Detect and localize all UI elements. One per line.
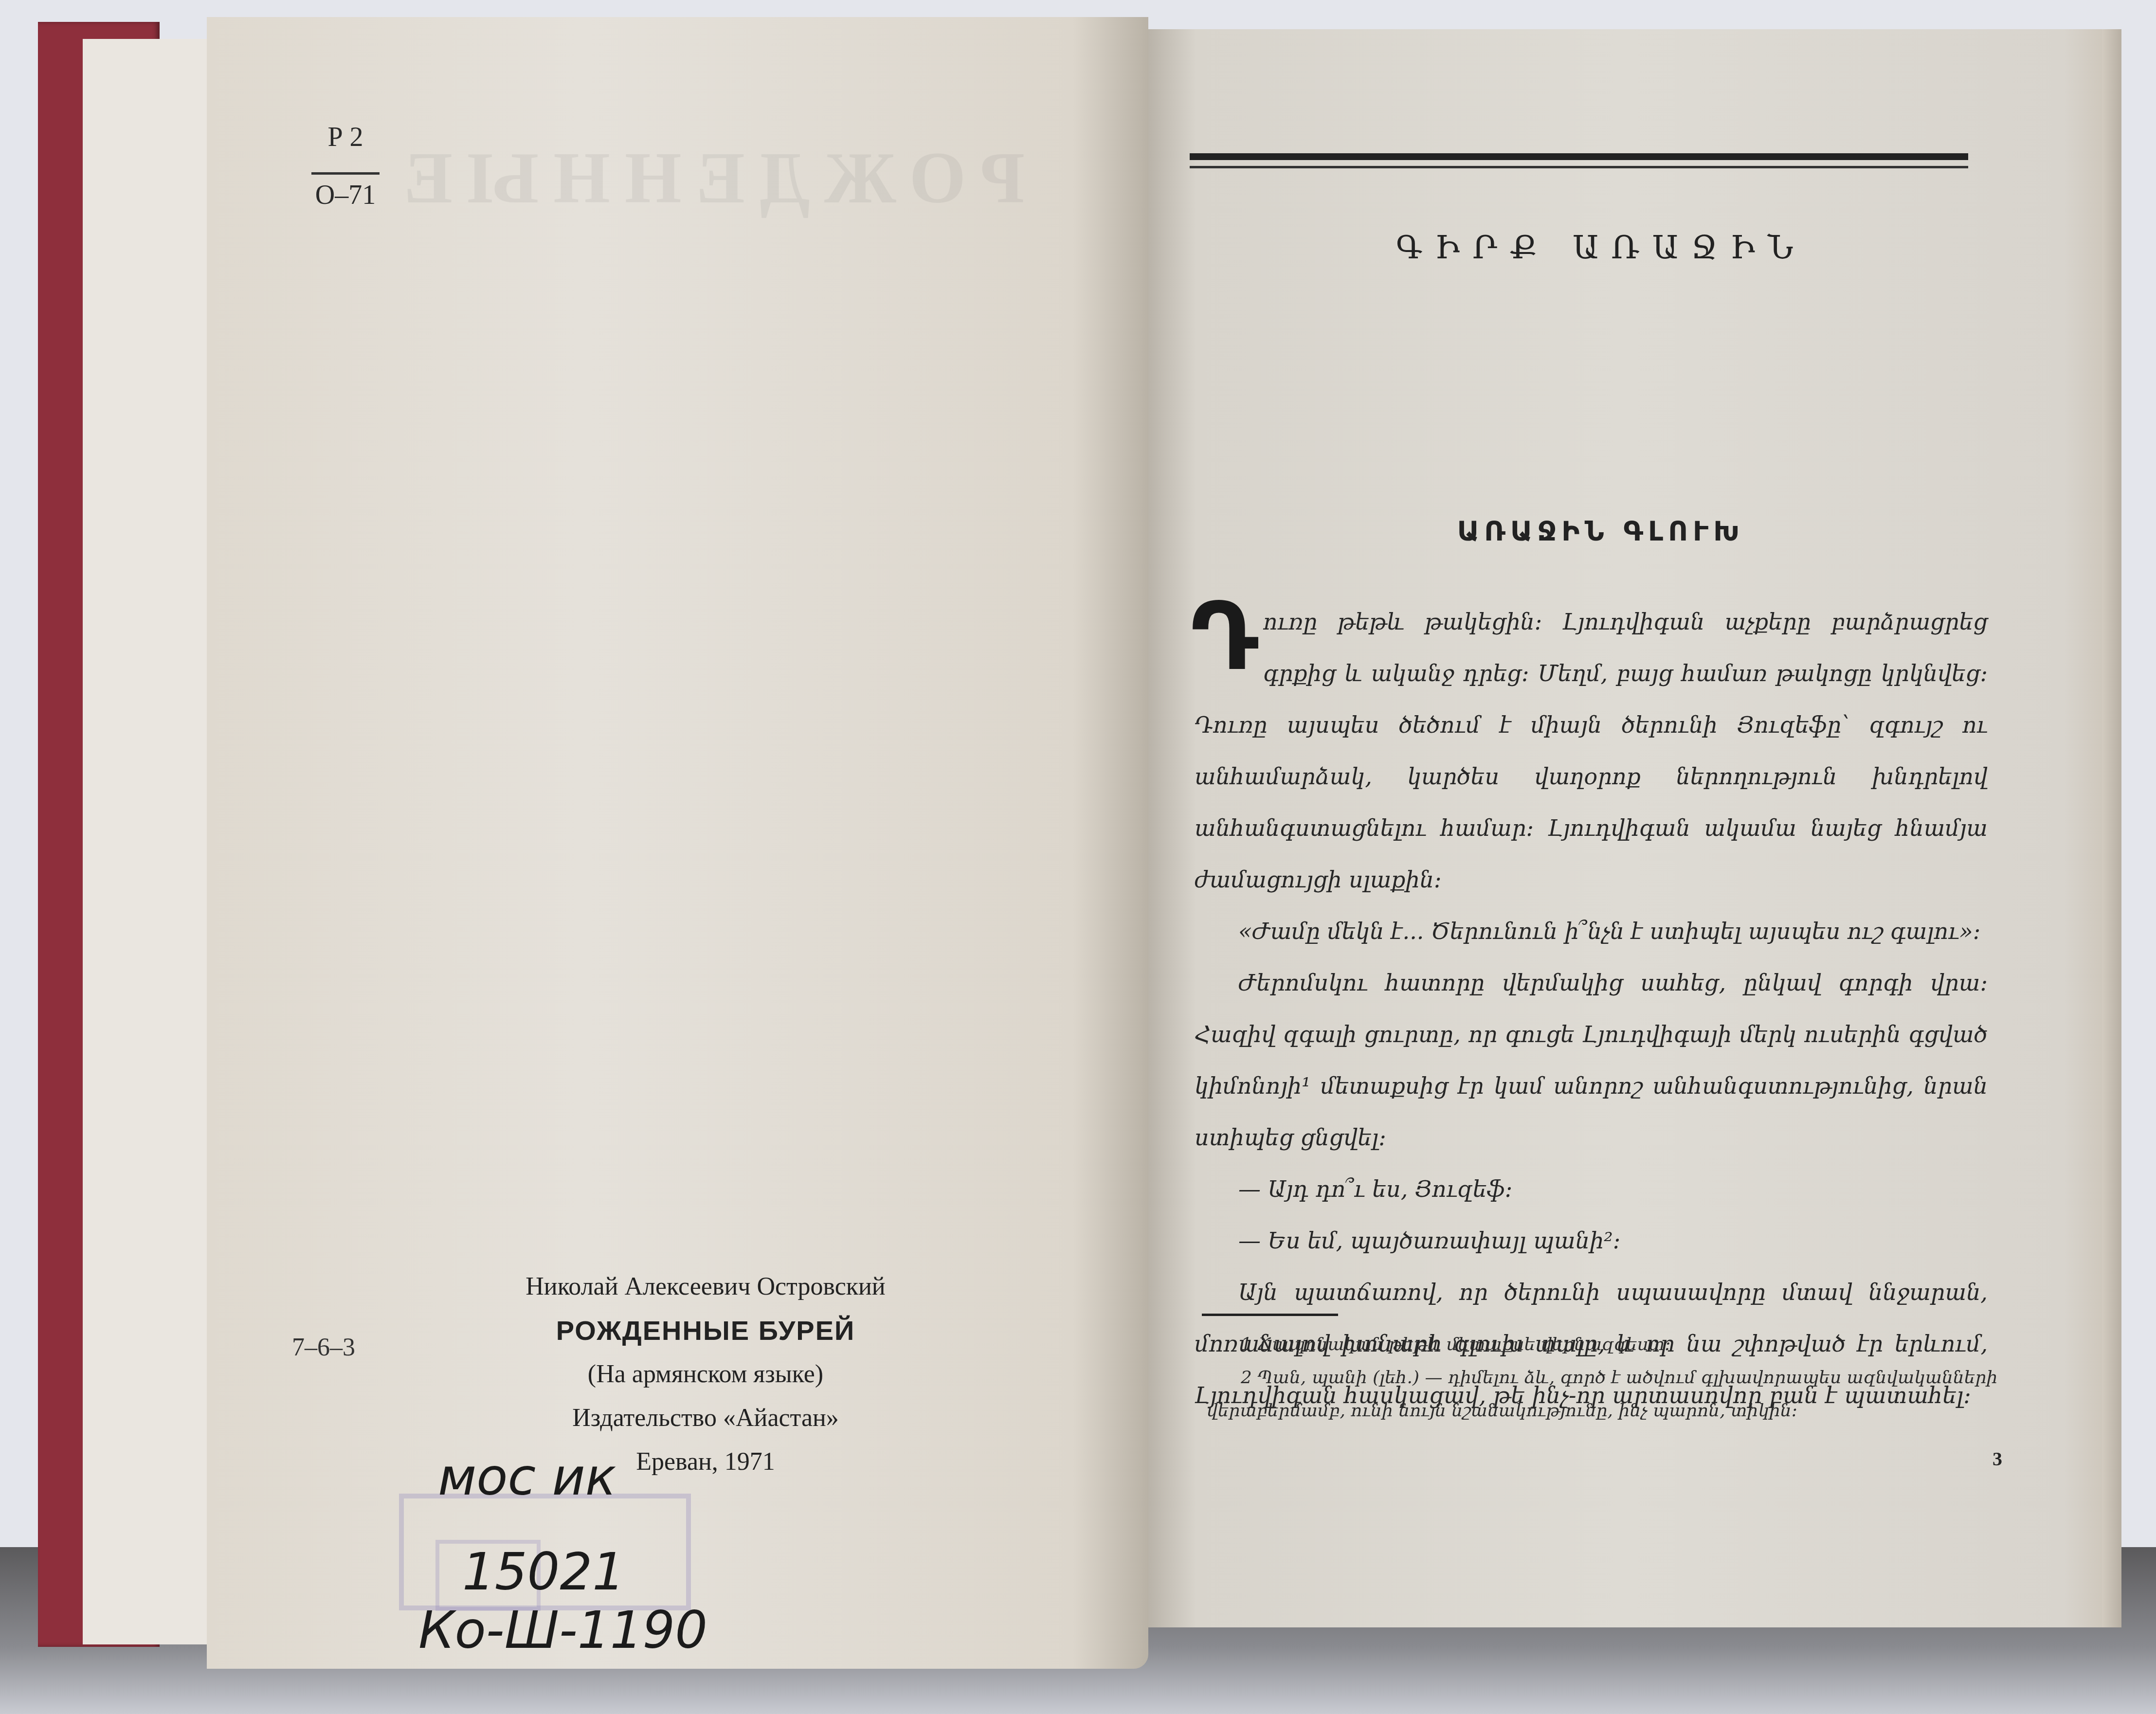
book-heading: ԳԻՐՔ ԱՌԱՋԻՆ xyxy=(1168,229,2034,266)
paragraph: Դուռը թեթև թակեցին: Լյուդվիգան աչքերը բա… xyxy=(1195,596,1988,905)
paragraph: «Ժամը մեկն է... Ծերունուն ի՞նչն է ստիպել… xyxy=(1195,905,1988,957)
publisher-code: 7–6–3 xyxy=(292,1333,355,1362)
footnote-2: 2 Պան, պանի (լեհ.) — դիմելու ձև, գործ է … xyxy=(1207,1361,2000,1427)
chapter-heading: ԱՌԱՋԻՆ ԳԼՈՒԽ xyxy=(1168,516,2034,547)
fraction-rule xyxy=(311,172,380,175)
paragraph: Ժերոմսկու հատորը վերմակից սահեց, ընկավ գ… xyxy=(1195,957,1988,1163)
header-double-rule xyxy=(1190,153,1968,168)
footnote-rule xyxy=(1202,1314,1338,1316)
handwritten-shelf-code: Ко-Ш-1190 xyxy=(418,1601,707,1660)
chapter-body: Դուռը թեթև թակեցին: Լյուդվիգան աչքերը բա… xyxy=(1195,596,1988,1421)
footnotes: 1 Ճապոնական թեթև մետաքսե վերնազգեստ: 2 Պ… xyxy=(1207,1328,2000,1427)
drop-cap: Դ xyxy=(1191,596,1258,679)
classification-bottom: О–71 xyxy=(311,180,380,211)
footnote-1: 1 Ճապոնական թեթև մետաքսե վերնազգեստ: xyxy=(1207,1328,2000,1361)
thin-rule xyxy=(1190,166,1968,168)
classification-top: Р 2 xyxy=(311,122,380,153)
language-note: (На армянском языке) xyxy=(491,1353,920,1396)
endpaper xyxy=(83,39,209,1644)
handwritten-inventory-number: 15021 xyxy=(462,1542,625,1602)
dialogue-line: — Ես եմ, պայծառափայլ պանի²: xyxy=(1195,1215,1988,1266)
thick-rule xyxy=(1190,153,1968,160)
page-number: 3 xyxy=(1993,1447,2002,1470)
page-block-edge xyxy=(2102,29,2121,1627)
publisher: Издательство «Айастан» xyxy=(491,1396,920,1440)
show-through-text: РОЖДЕННЫЕ xyxy=(389,136,1025,220)
book-title: РОЖДЕННЫЕ БУРЕЙ xyxy=(491,1309,920,1353)
dialogue-line: — Այդ դո՞ւ ես, Յուզեֆ: xyxy=(1195,1163,1988,1215)
library-classification: Р 2 О–71 xyxy=(311,122,380,211)
author-name: Николай Алексеевич Островский xyxy=(491,1265,920,1309)
handwritten-note-1: мос ик xyxy=(438,1447,616,1507)
